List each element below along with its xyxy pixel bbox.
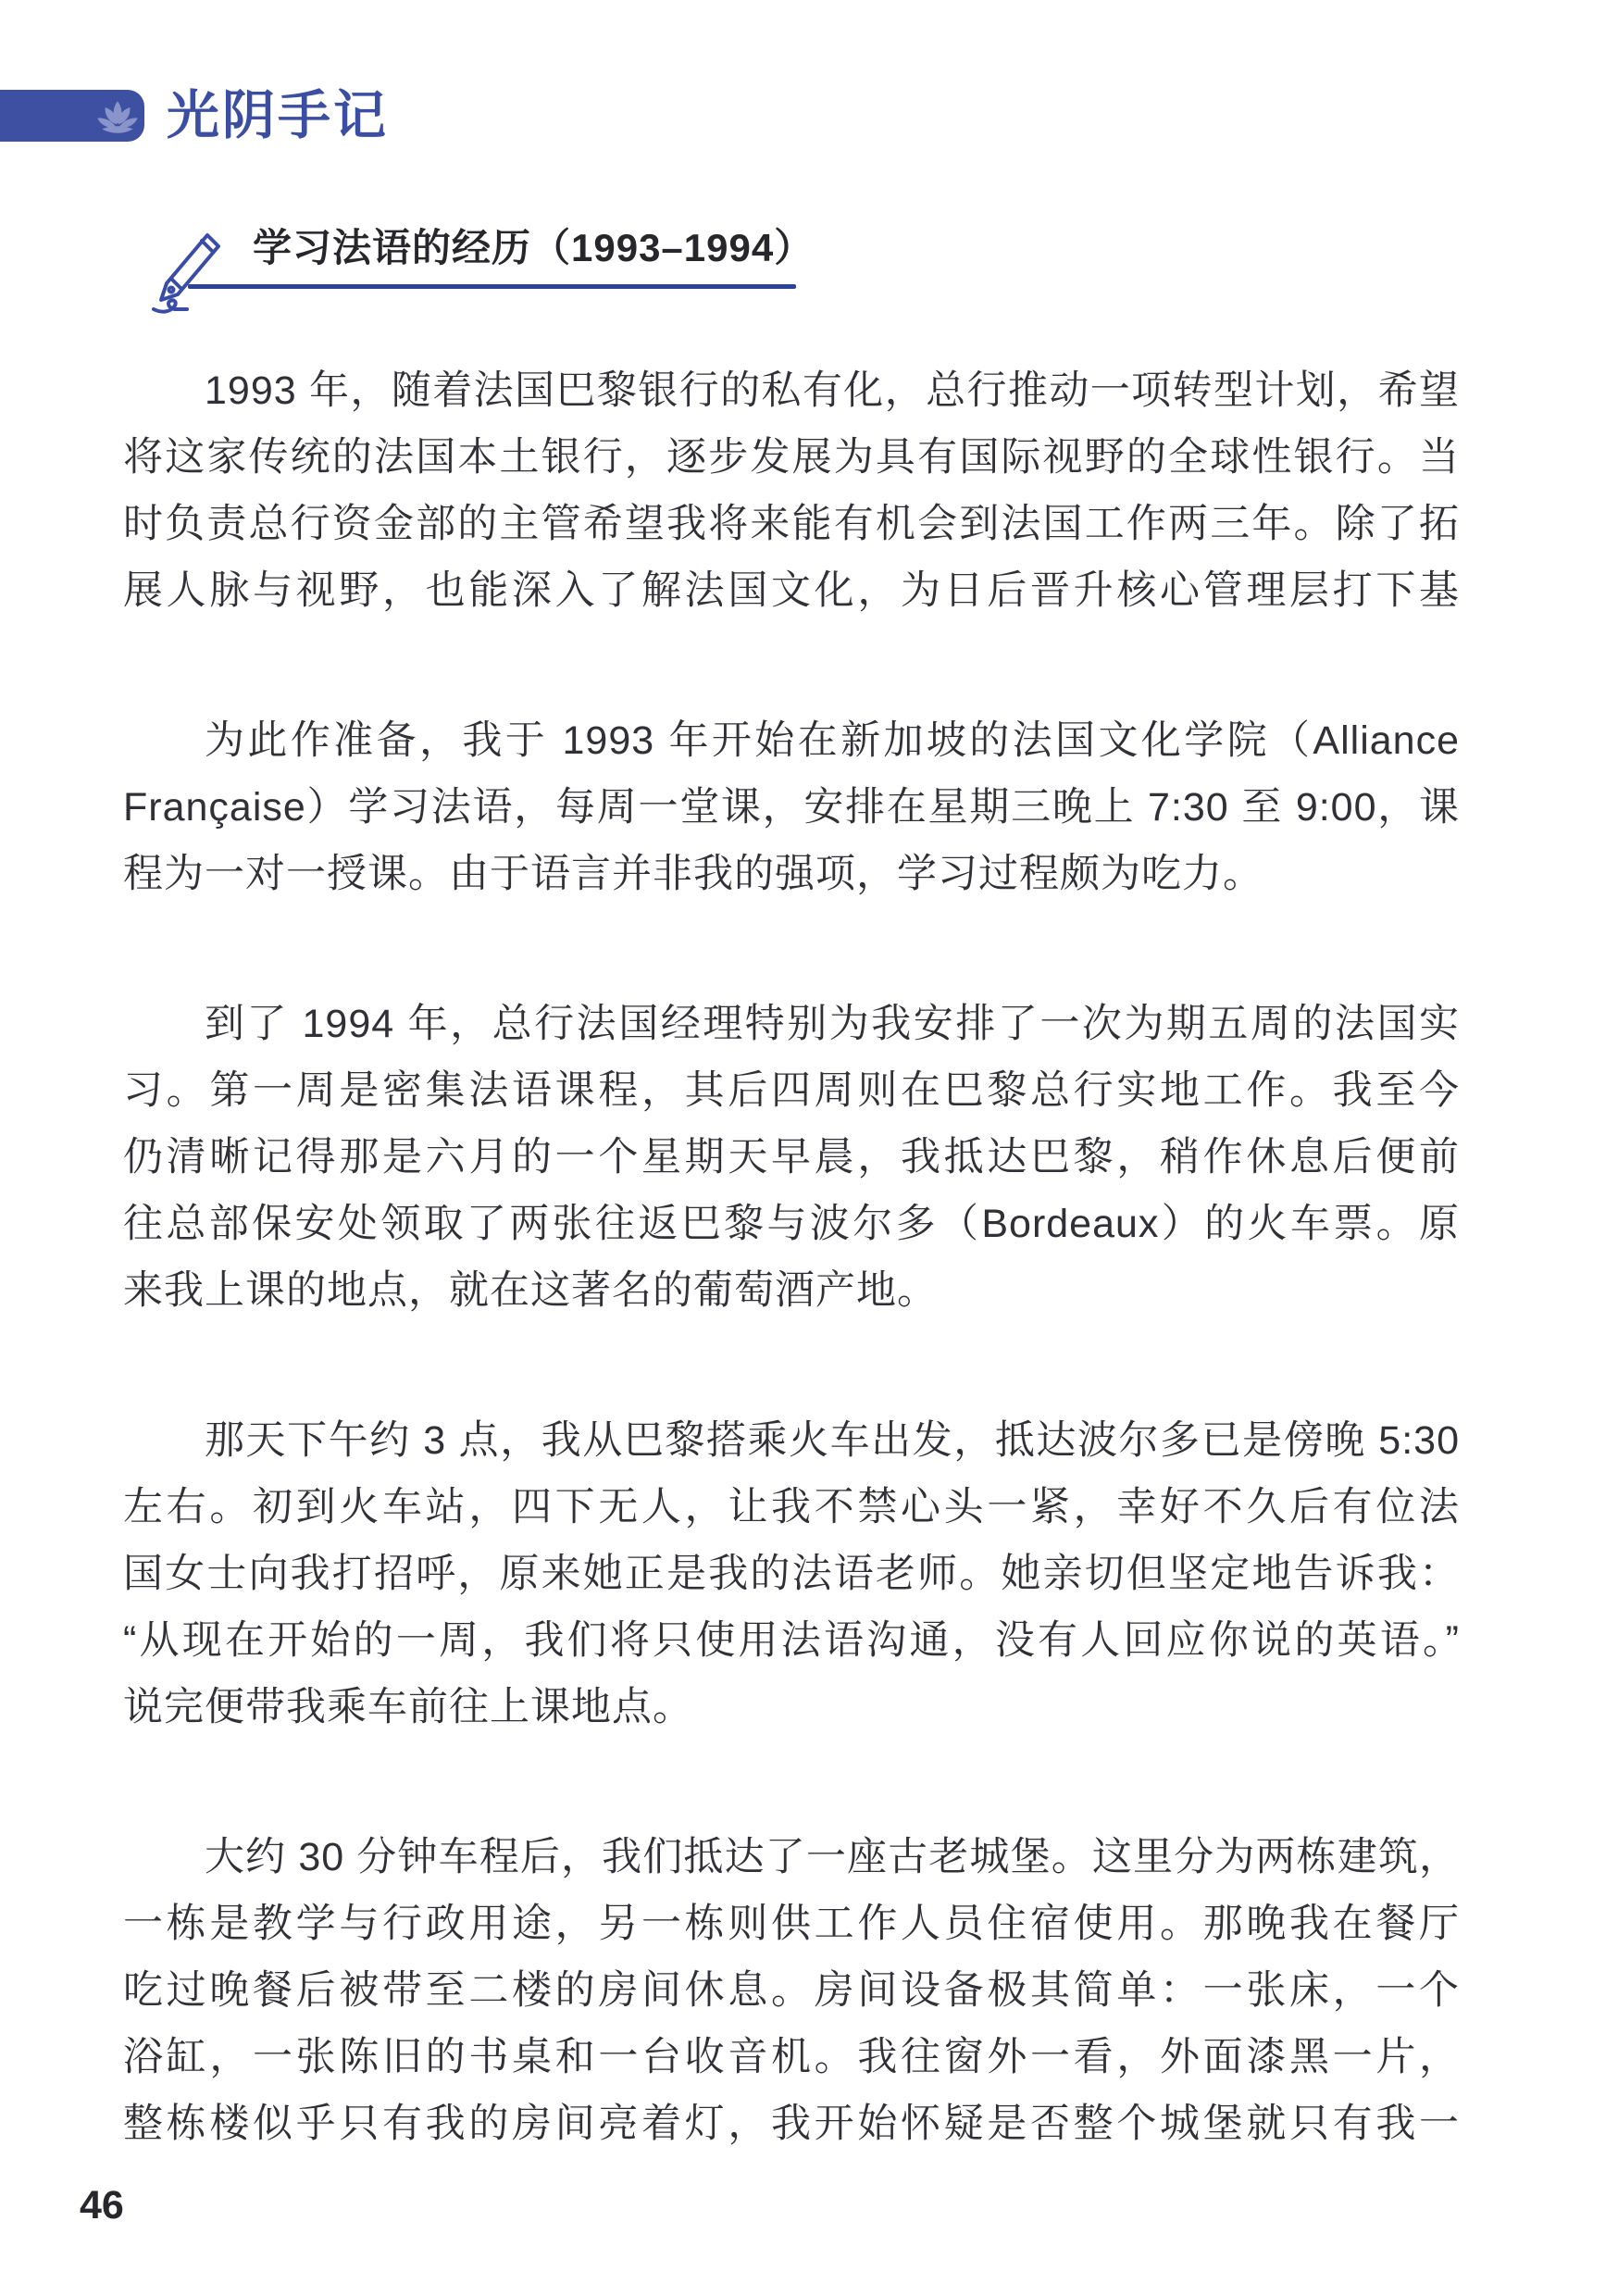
paragraph: 大约 30 分钟车程后，我们抵达了一座古老城堡。这里分为两栋建筑，一栋是教学与行…: [123, 1824, 1460, 2157]
text-line: “从现在开始的一周，我们将只使用法语沟通，没有人回应你说的英语。”: [123, 1607, 1460, 1674]
text-line: 那天下午约 3 点，我从巴黎搭乘火车出发，抵达波尔多已是傍晚 5:30: [123, 1407, 1460, 1474]
fountain-pen-icon: [146, 228, 231, 315]
text-line: 大约 30 分钟车程后，我们抵达了一座古老城堡。这里分为两栋建筑，: [123, 1824, 1460, 1890]
paragraph: 到了 1994 年，总行法国经理特别为我安排了一次为期五周的法国实习。第一周是密…: [123, 991, 1460, 1324]
paragraph: 为此作准备，我于 1993 年开始在新加坡的法国文化学院（AllianceFra…: [123, 707, 1460, 907]
text-line: 到了 1994 年，总行法国经理特别为我安排了一次为期五周的法国实: [123, 991, 1460, 1057]
text-line: 展人脉与视野，也能深入了解法国文化，为日后晋升核心管理层打下基础。: [123, 557, 1460, 624]
paragraph: 1993 年，随着法国巴黎银行的私有化，总行推动一项转型计划，希望将这家传统的法…: [123, 357, 1460, 624]
article-body: 1993 年，随着法国巴黎银行的私有化，总行推动一项转型计划，希望将这家传统的法…: [123, 357, 1460, 2240]
text-line: 时负责总行资金部的主管希望我将来能有机会到法国工作两三年。除了拓: [123, 491, 1460, 557]
brand-banner: [0, 90, 144, 142]
section-title-underline: [188, 284, 796, 289]
text-line: 往总部保安处领取了两张往返巴黎与波尔多（Bordeaux）的火车票。原: [123, 1191, 1460, 1257]
text-line: 整栋楼似乎只有我的房间亮着灯，我开始怀疑是否整个城堡就只有我一: [123, 2090, 1460, 2157]
text-line: 国女士向我打招呼，原来她正是我的法语老师。她亲切但坚定地告诉我：: [123, 1541, 1460, 1607]
text-line: 仍清晰记得那是六月的一个星期天早晨，我抵达巴黎，稍作休息后便前: [123, 1124, 1460, 1191]
text-line: 浴缸，一张陈旧的书桌和一台收音机。我往窗外一看，外面漆黑一片，: [123, 2024, 1460, 2090]
text-line: 程为一对一授课。由于语言并非我的强项，学习过程颇为吃力。: [123, 841, 1460, 907]
text-line: 将这家传统的法国本土银行，逐步发展为具有国际视野的全球性银行。当: [123, 424, 1460, 491]
section-title: 学习法语的经历（1993–1994）: [253, 224, 814, 272]
text-line: 吃过晚餐后被带至二楼的房间休息。房间设备极其简单：一张床，一个: [123, 1957, 1460, 2024]
text-line: 左右。初到火车站，四下无人，让我不禁心头一紧，幸好不久后有位法: [123, 1474, 1460, 1541]
book-page: 光阴手记 学习法语的经历（1993–1994） 1993 年，随着法国巴黎银行的…: [0, 0, 1618, 2296]
text-line: 1993 年，随着法国巴黎银行的私有化，总行推动一项转型计划，希望: [123, 357, 1460, 424]
text-line: 来我上课的地点，就在这著名的葡萄酒产地。: [123, 1257, 1460, 1324]
page-number: 46: [80, 2183, 124, 2228]
text-line: 一栋是教学与行政用途，另一栋则供工作人员住宿使用。那晚我在餐厅: [123, 1890, 1460, 1957]
text-line: Française）学习法语，每周一堂课，安排在星期三晚上 7:30 至 9:0…: [123, 774, 1460, 841]
paragraph: 那天下午约 3 点，我从巴黎搭乘火车出发，抵达波尔多已是傍晚 5:30左右。初到…: [123, 1407, 1460, 1741]
text-line: 习。第一周是密集法语课程，其后四周则在巴黎总行实地工作。我至今: [123, 1057, 1460, 1124]
brand-title: 光阴手记: [167, 87, 389, 144]
text-line: 说完便带我乘车前往上课地点。: [123, 1674, 1460, 1741]
text-line: 为此作准备，我于 1993 年开始在新加坡的法国文化学院（Alliance: [123, 707, 1460, 774]
